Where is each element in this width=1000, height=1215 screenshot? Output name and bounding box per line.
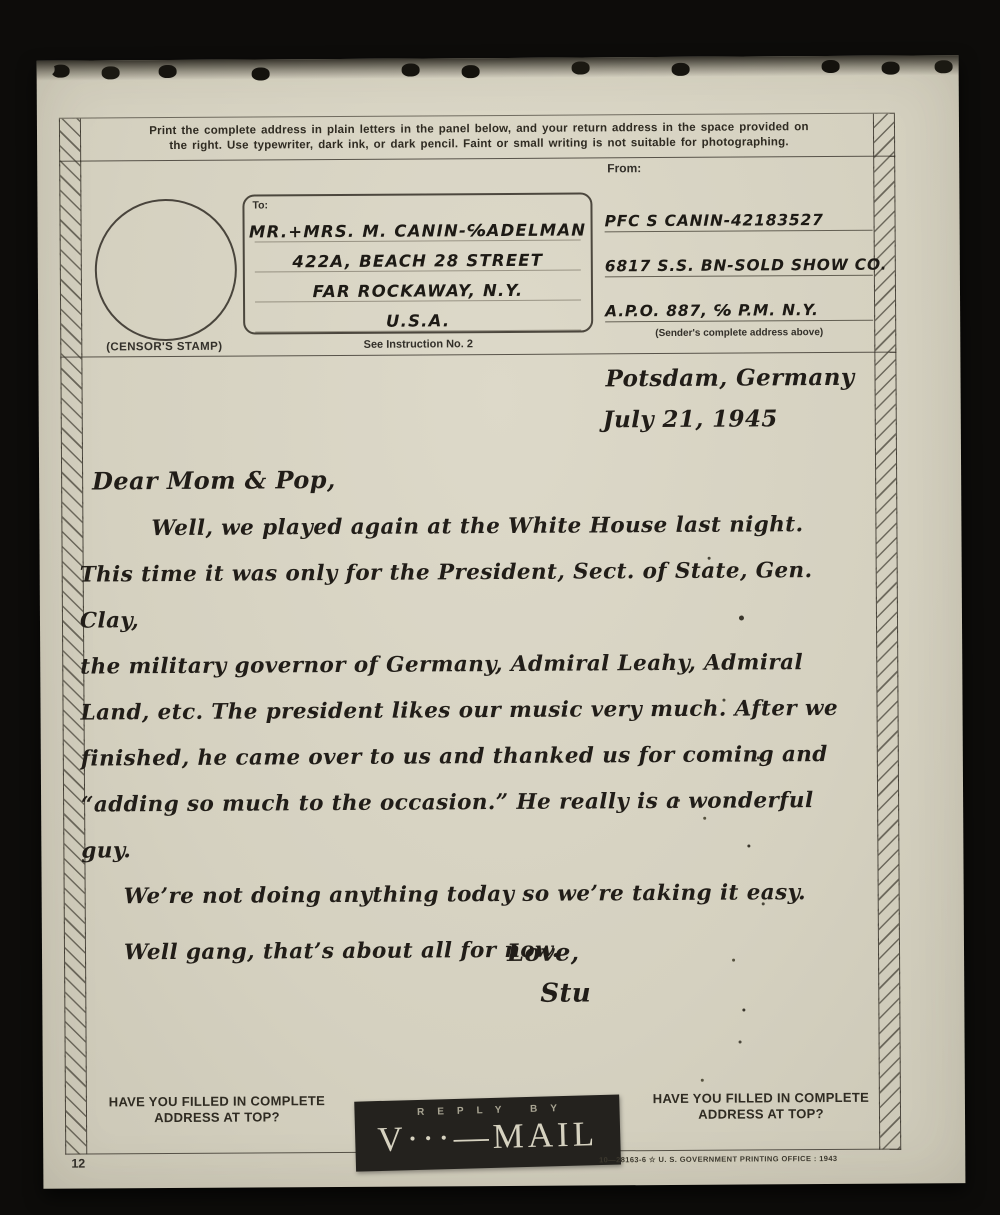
from-label: From: [607, 161, 641, 175]
rule-under-instructions [59, 156, 895, 162]
footer-reminder-left: HAVE YOU FILLED IN COMPLETE ADDRESS AT T… [77, 1093, 357, 1127]
film-edge [37, 55, 959, 81]
letter-salutation: Dear Mom & Pop, [92, 465, 336, 495]
censor-stamp-label: (CENSOR'S STAMP) [78, 341, 250, 354]
see-instruction-label: See Instruction No. 2 [243, 337, 593, 351]
letter-line: the military governor of Germany, Admira… [80, 640, 872, 691]
to-address-line: U.S.A. [255, 301, 581, 333]
to-address-line: FAR ROCKAWAY, N.Y. [255, 271, 581, 303]
instruction-line-2: the right. Use typewriter, dark ink, or … [129, 135, 829, 154]
letter-line: guy. [81, 824, 873, 875]
letter-line: finished, he came over to us and thanked… [81, 732, 873, 783]
sender-note: (Sender's complete address above) [600, 327, 878, 340]
to-panel: To: MR.+MRS. M. CANIN-℅ADELMAN 422A, BEA… [242, 192, 593, 334]
letter-closing: Love, [507, 938, 580, 967]
footer-reminder-right: HAVE YOU FILLED IN COMPLETE ADDRESS AT T… [621, 1090, 901, 1124]
letter-dateline-date: July 21, 1945 [603, 405, 778, 433]
to-address-line: MR.+MRS. M. CANIN-℅ADELMAN [254, 211, 580, 243]
letter-dateline-place: Potsdam, Germany [605, 364, 854, 393]
vmail-photostat-paper: Print the complete address in plain lett… [37, 55, 966, 1189]
ink-speckles [37, 61, 40, 64]
censor-stamp-circle [94, 199, 237, 342]
footer-reminder-line-2: ADDRESS AT TOP? [77, 1109, 357, 1127]
gpo-imprint: 10—28163-6 ☆ U. S. GOVERNMENT PRINTING O… [585, 1154, 851, 1165]
letter-line: Land, etc. The president likes our music… [80, 686, 872, 737]
letter-signature: Stu [540, 978, 591, 1008]
vmail-wordmark: V···—MAIL [355, 1114, 621, 1161]
letter-body: Well, we played again at the White House… [79, 502, 874, 977]
from-address-line: A.P.O. 887, ℅ P.M. N.Y. [605, 277, 873, 323]
letter-line: We’re not doing anything today so we’re … [82, 870, 874, 921]
to-label: To: [252, 199, 268, 211]
from-address-line: PFC S CANIN-42183527 [604, 187, 872, 233]
to-address-line: 422A, BEACH 28 STREET [255, 241, 581, 273]
film-edge-marks [37, 63, 55, 76]
reply-by-vmail-box: REPLY BY V···—MAIL [354, 1095, 621, 1172]
instruction-text: Print the complete address in plain lett… [129, 120, 829, 154]
letter-line: “adding so much to the occasion.” He rea… [81, 778, 873, 829]
vmail-form: Print the complete address in plain lett… [59, 113, 901, 1159]
letter-line: Well gang, that’s about all for now. [82, 926, 874, 977]
footer-reminder-line-1: HAVE YOU FILLED IN COMPLETE [77, 1093, 357, 1111]
footer-reminder-line-2: ADDRESS AT TOP? [621, 1106, 901, 1124]
letter-line: Well, we played again at the White House… [79, 502, 871, 553]
page-number: 12 [71, 1157, 85, 1171]
footer-reminder-line-1: HAVE YOU FILLED IN COMPLETE [621, 1090, 901, 1108]
letter-line: This time it was only for the President,… [80, 548, 873, 645]
from-address-line: 6817 S.S. BN-SOLD SHOW CO. [605, 232, 873, 278]
